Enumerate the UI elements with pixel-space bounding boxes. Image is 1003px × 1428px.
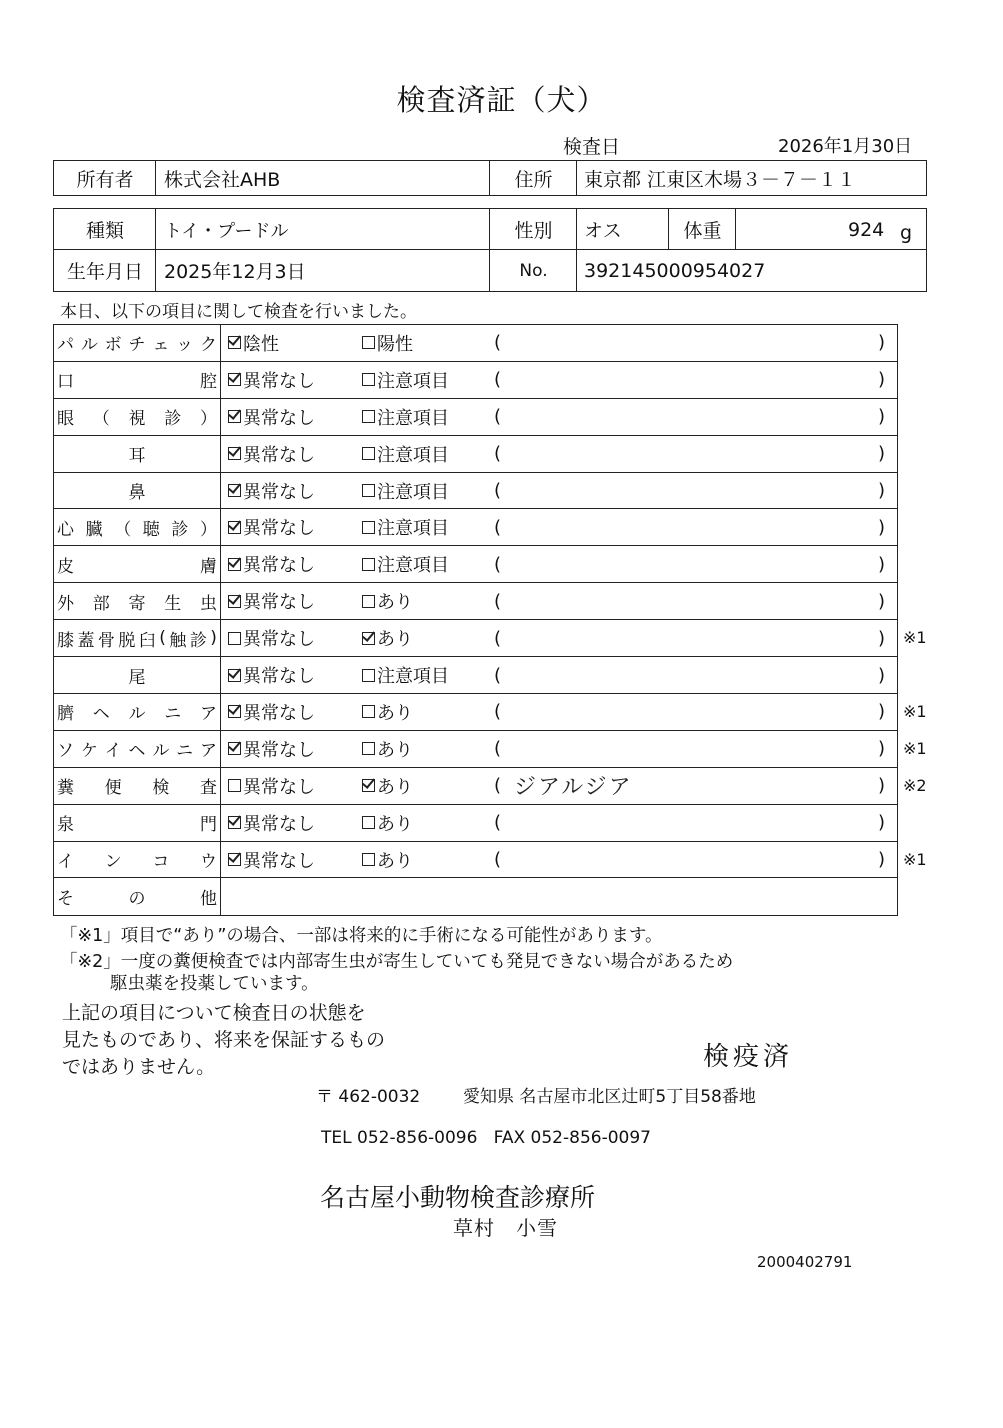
note-close-paren: ): [878, 768, 885, 804]
empty-box-icon[interactable]: [362, 521, 375, 534]
empty-box-icon[interactable]: [362, 853, 375, 866]
weight-unit: g: [900, 215, 912, 250]
option-label: 異常なし: [243, 441, 315, 467]
note-open-paren: (: [494, 657, 501, 693]
option-normal: 異常なし: [228, 694, 315, 730]
option-normal: 異常なし: [228, 657, 315, 693]
empty-box-icon[interactable]: [362, 669, 375, 682]
option-normal: 異常なし: [228, 620, 315, 656]
option-abnormal: あり: [362, 583, 413, 619]
option-abnormal: 陽性: [362, 325, 413, 361]
note-close-paren: ): [878, 805, 885, 841]
inspection-row: 皮膚異常なし注意項目(): [54, 546, 897, 583]
inspection-item-label: 膝蓋骨脱臼(触診): [54, 620, 220, 656]
footnote-1: 「※1」項目で“あり”の場合、一部は将来的に手術になる可能性があります。: [60, 922, 663, 947]
disclaimer: 上記の項目について検査日の状態を 見たものであり、将来を保証するもの ではありま…: [62, 1000, 385, 1081]
inspection-item-label: その他: [54, 879, 220, 916]
option-label: 注意項目: [377, 662, 449, 688]
empty-box-icon[interactable]: [362, 336, 375, 349]
address-label: 住所: [490, 161, 577, 195]
option-normal: 異常なし: [228, 546, 315, 582]
no-value: 392145000954027: [584, 250, 765, 291]
checked-box-icon[interactable]: [228, 816, 241, 829]
note-close-paren: ): [878, 362, 885, 398]
option-abnormal: あり: [362, 842, 413, 878]
note-close-paren: ): [878, 731, 885, 767]
footnote-reference-mark: ※1: [903, 739, 927, 758]
note-open-paren: (: [494, 510, 501, 546]
option-normal: 異常なし: [228, 399, 315, 435]
inspection-row: 心臓（聴診）異常なし注意項目(): [54, 510, 897, 547]
option-label: あり: [377, 736, 413, 762]
option-abnormal: 注意項目: [362, 473, 449, 509]
option-label: 異常なし: [243, 551, 315, 577]
disclaimer-line: 見たものであり、将来を保証するもの: [62, 1027, 385, 1054]
weight-label: 体重: [669, 209, 736, 250]
note-close-paren: ): [878, 399, 885, 435]
option-abnormal: 注意項目: [362, 436, 449, 472]
option-abnormal: 注意項目: [362, 546, 449, 582]
checked-box-icon[interactable]: [228, 669, 241, 682]
option-label: あり: [377, 588, 413, 614]
note-open-paren: (: [494, 546, 501, 582]
option-label: 注意項目: [377, 551, 449, 577]
empty-box-icon[interactable]: [362, 410, 375, 423]
option-normal: 異常なし: [228, 842, 315, 878]
option-abnormal: あり: [362, 731, 413, 767]
dob-label: 生年月日: [54, 250, 156, 291]
option-label: あり: [377, 625, 413, 651]
sex-value: オス: [584, 209, 622, 250]
checked-box-icon[interactable]: [228, 705, 241, 718]
note-open-paren: (: [494, 583, 501, 619]
note-open-paren: (: [494, 731, 501, 767]
note-close-paren: ): [878, 510, 885, 546]
clinic-fax: FAX 052-856-0097: [494, 1128, 651, 1148]
note-open-paren: (: [494, 362, 501, 398]
option-label: 注意項目: [377, 367, 449, 393]
inspection-row: 外部寄生虫異常なしあり(): [54, 583, 897, 620]
dob-value: 2025年12月3日: [164, 250, 306, 291]
option-label: 異常なし: [243, 736, 315, 762]
note-open-paren: (: [494, 768, 501, 804]
inspection-row: 鼻異常なし注意項目(): [54, 473, 897, 510]
checked-box-icon[interactable]: [228, 410, 241, 423]
inspection-item-label: 糞便検査: [54, 768, 220, 804]
footnote-reference-mark: ※2: [903, 776, 927, 795]
footnote-reference-mark: ※1: [903, 850, 927, 869]
option-label: 異常なし: [243, 478, 315, 504]
disclaimer-line: ではありません。: [62, 1054, 385, 1081]
inspection-item-label: 尾: [54, 657, 220, 693]
checked-box-icon[interactable]: [228, 373, 241, 386]
footnote-reference-mark: ※1: [903, 702, 927, 721]
empty-box-icon[interactable]: [362, 705, 375, 718]
option-abnormal: あり: [362, 805, 413, 841]
empty-box-icon[interactable]: [362, 558, 375, 571]
inspection-item-label: 心臓（聴診）: [54, 510, 220, 546]
inspection-item-label: 臍ヘルニア: [54, 694, 220, 730]
option-normal: 異常なし: [228, 510, 315, 546]
inspection-item-label: 皮膚: [54, 546, 220, 582]
option-label: あり: [377, 847, 413, 873]
clinic-tel: TEL 052-856-0096: [321, 1128, 477, 1148]
note-close-paren: ): [878, 546, 885, 582]
clinic-name: 名古屋小動物検査診療所: [320, 1178, 595, 1214]
checked-box-icon[interactable]: [228, 447, 241, 460]
note-close-paren: ): [878, 842, 885, 878]
inspection-row: ソケイヘルニア異常なしあり(): [54, 731, 897, 768]
checked-box-icon[interactable]: [228, 521, 241, 534]
option-normal: 異常なし: [228, 805, 315, 841]
option-label: 注意項目: [377, 441, 449, 467]
option-label: 異常なし: [243, 662, 315, 688]
option-normal: 異常なし: [228, 583, 315, 619]
option-abnormal: 注意項目: [362, 399, 449, 435]
checked-box-icon[interactable]: [228, 336, 241, 349]
inspection-item-label: インコウ: [54, 842, 220, 878]
note-open-paren: (: [494, 805, 501, 841]
owner-box: 所有者 株式会社AHB 住所 東京都 江東区木場３－７－１１: [53, 160, 927, 196]
option-label: 異常なし: [243, 367, 315, 393]
note-close-paren: ): [878, 325, 885, 361]
option-normal: 陰性: [228, 325, 279, 361]
veterinarian-name: 草村 小雪: [453, 1212, 558, 1241]
type-value: トイ・プードル: [164, 209, 289, 250]
empty-box-icon[interactable]: [362, 447, 375, 460]
option-label: 異常なし: [243, 699, 315, 725]
note-open-paren: (: [494, 842, 501, 878]
option-label: 注意項目: [377, 404, 449, 430]
option-normal: 異常なし: [228, 473, 315, 509]
checked-box-icon[interactable]: [228, 484, 241, 497]
option-abnormal: あり: [362, 694, 413, 730]
inspection-row: インコウ異常なしあり(): [54, 842, 897, 879]
footnote-reference-mark: ※1: [903, 628, 927, 647]
inspection-row: 尾異常なし注意項目(): [54, 657, 897, 694]
quarantine-stamp: 検疫済: [703, 1036, 793, 1073]
disclaimer-line: 上記の項目について検査日の状態を: [62, 1000, 385, 1027]
option-label: 注意項目: [377, 514, 449, 540]
note-open-paren: (: [494, 473, 501, 509]
option-label: 異常なし: [243, 588, 315, 614]
clinic-contact: TEL 052-856-0096 FAX 052-856-0097: [321, 1128, 651, 1148]
note-close-paren: ): [878, 657, 885, 693]
note-open-paren: (: [494, 620, 501, 656]
empty-box-icon[interactable]: [228, 779, 241, 792]
option-abnormal: 注意項目: [362, 510, 449, 546]
checked-box-icon[interactable]: [228, 595, 241, 608]
inspection-row: 耳異常なし注意項目(): [54, 436, 897, 473]
option-normal: 異常なし: [228, 362, 315, 398]
option-abnormal: あり: [362, 768, 413, 804]
option-label: 異常なし: [243, 773, 315, 799]
inspection-item-label: 鼻: [54, 473, 220, 509]
option-label: 陽性: [377, 330, 413, 356]
note-close-paren: ): [878, 436, 885, 472]
document-id: 2000402791: [757, 1253, 852, 1271]
checked-box-icon[interactable]: [362, 632, 375, 645]
note-close-paren: ): [878, 473, 885, 509]
inspection-row: 口腔異常なし注意項目(): [54, 362, 897, 399]
clinic-address: 愛知県 名古屋市北区辻町5丁目58番地: [463, 1082, 756, 1107]
document-title: 検査済証（犬）: [0, 78, 1003, 119]
inspection-row: 糞便検査異常なしあり()ジアルジア: [54, 768, 897, 805]
sex-label: 性別: [490, 209, 577, 250]
inspection-row: 泉門異常なしあり(): [54, 805, 897, 842]
handwritten-note[interactable]: ジアルジア: [514, 770, 633, 801]
option-abnormal: あり: [362, 620, 413, 656]
inspection-row: パルボチェック陰性陽性(): [54, 325, 897, 362]
option-label: 異常なし: [243, 404, 315, 430]
empty-box-icon[interactable]: [228, 632, 241, 645]
type-label: 種類: [54, 209, 156, 250]
inspection-table: パルボチェック陰性陽性()口腔異常なし注意項目()眼（視診）異常なし注意項目()…: [53, 324, 898, 916]
inspection-row: 眼（視診）異常なし注意項目(): [54, 399, 897, 436]
option-label: 異常なし: [243, 810, 315, 836]
option-normal: 異常なし: [228, 436, 315, 472]
checked-box-icon[interactable]: [228, 742, 241, 755]
owner-label: 所有者: [54, 161, 156, 195]
empty-box-icon[interactable]: [362, 595, 375, 608]
checked-box-icon[interactable]: [228, 558, 241, 571]
no-label: No.: [490, 250, 577, 291]
option-label: あり: [377, 699, 413, 725]
owner-value: 株式会社AHB: [164, 161, 280, 195]
note-close-paren: ): [878, 694, 885, 730]
address-value: 東京都 江東区木場３－７－１１: [584, 161, 856, 195]
inspection-item-label: パルボチェック: [54, 325, 220, 361]
option-label: あり: [377, 773, 413, 799]
animal-box: 種類 トイ・プードル 性別 オス 体重 924 g 生年月日 2025年12月3…: [53, 208, 927, 292]
note-open-paren: (: [494, 436, 501, 472]
note-open-paren: (: [494, 325, 501, 361]
note-close-paren: ): [878, 620, 885, 656]
exam-date-value: 2026年1月30日: [778, 132, 912, 158]
empty-box-icon[interactable]: [362, 373, 375, 386]
empty-box-icon[interactable]: [362, 742, 375, 755]
inspection-item-label: 眼（視診）: [54, 399, 220, 435]
note-open-paren: (: [494, 399, 501, 435]
intro-text: 本日、以下の項目に関して検査を行いました。: [60, 297, 417, 322]
inspection-item-label: 外部寄生虫: [54, 583, 220, 619]
option-label: 異常なし: [243, 847, 315, 873]
inspection-row: 膝蓋骨脱臼(触診)異常なしあり(): [54, 620, 897, 657]
note-open-paren: (: [494, 694, 501, 730]
empty-box-icon[interactable]: [362, 816, 375, 829]
inspection-item-label: 耳: [54, 436, 220, 472]
inspection-item-label: 口腔: [54, 362, 220, 398]
option-abnormal: 注意項目: [362, 362, 449, 398]
inspection-row: その他: [54, 879, 897, 916]
note-close-paren: ): [878, 583, 885, 619]
option-label: 注意項目: [377, 478, 449, 504]
inspection-row: 臍ヘルニア異常なしあり(): [54, 694, 897, 731]
option-label: あり: [377, 810, 413, 836]
option-label: 異常なし: [243, 514, 315, 540]
checked-box-icon[interactable]: [228, 853, 241, 866]
exam-date-label: 検査日: [563, 132, 620, 159]
footnote-2-line2: 駆虫薬を投薬しています。: [110, 970, 319, 995]
option-normal: 異常なし: [228, 731, 315, 767]
option-normal: 異常なし: [228, 768, 315, 804]
clinic-postal: 〒 462-0032: [316, 1082, 420, 1107]
empty-box-icon[interactable]: [362, 484, 375, 497]
checked-box-icon[interactable]: [362, 779, 375, 792]
option-label: 陰性: [243, 330, 279, 356]
option-label: 異常なし: [243, 625, 315, 651]
weight-value: 924: [848, 209, 884, 250]
inspection-item-label: 泉門: [54, 805, 220, 841]
option-abnormal: 注意項目: [362, 657, 449, 693]
inspection-item-label: ソケイヘルニア: [54, 731, 220, 767]
